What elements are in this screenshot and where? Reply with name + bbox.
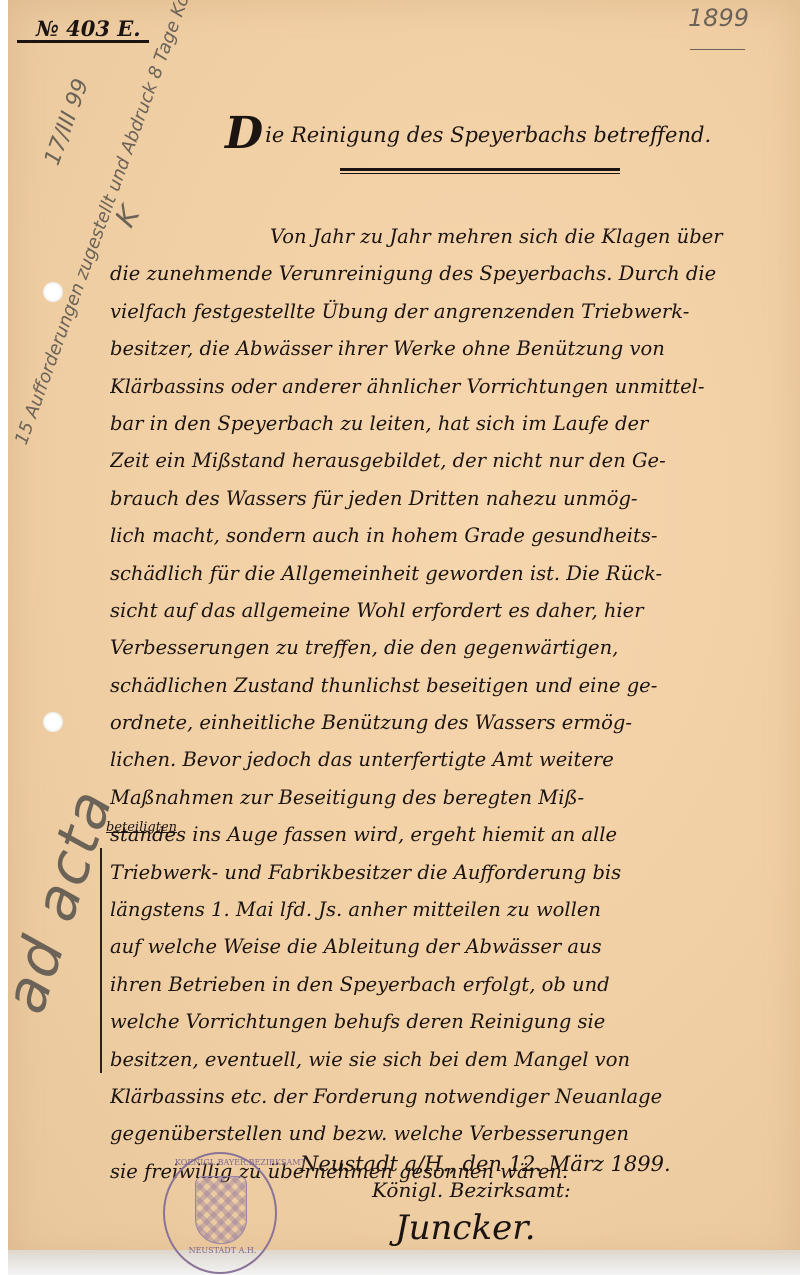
- subject-underline: [340, 168, 620, 171]
- body-line: Klärbassins etc. der Forderung notwendig…: [110, 1078, 800, 1115]
- punch-hole-bottom: [43, 712, 63, 732]
- subject-heading: Die Reinigung des Speyerbachs betreffend…: [225, 108, 711, 159]
- closing-office: Königl. Bezirksamt:: [372, 1178, 571, 1202]
- body-line: sicht auf das allgemeine Wohl erfordert …: [110, 592, 800, 629]
- body-line: standes ins Auge fassen wird, ergeht hie…: [110, 816, 800, 853]
- body-line: brauch des Wassers für jeden Dritten nah…: [110, 480, 800, 517]
- subject-initial: D: [225, 108, 263, 159]
- signature: Juncker.: [395, 1208, 536, 1248]
- body-line: Von Jahr zu Jahr mehren sich die Klagen …: [110, 218, 800, 255]
- subject-underline-thin: [340, 173, 620, 174]
- year-underline: [690, 49, 745, 50]
- body-line: auf welche Weise die Ableitung der Abwäs…: [110, 928, 800, 965]
- document-number: № 403 E.: [36, 16, 141, 41]
- body-line: Klärbassins oder anderer ähnlicher Vorri…: [110, 368, 800, 405]
- subject-text: ie Reinigung des Speyerbachs betreffend.: [265, 123, 711, 147]
- body-line: Triebwerk- und Fabrikbesitzer die Auffor…: [110, 854, 800, 891]
- body-line: schädlichen Zustand thunlichst beseitige…: [110, 667, 800, 704]
- body-line: Maßnahmen zur Beseitigung des beregten M…: [110, 779, 800, 816]
- body-line: ordnete, einheitliche Benützung des Wass…: [110, 704, 800, 741]
- body-line: welche Vorrichtungen behufs deren Reinig…: [110, 1003, 800, 1040]
- body-line: bar in den Speyerbach zu leiten, hat sic…: [110, 405, 800, 442]
- body-line: besitzen, eventuell, wie sie sich bei de…: [110, 1041, 800, 1078]
- coat-of-arms-icon: [195, 1176, 247, 1244]
- stamp-top-text: KOENIGL.BAYER.BEZIRKSAMT: [175, 1158, 270, 1167]
- body-line: die zunehmende Verunreinigung des Speyer…: [110, 255, 800, 292]
- body-line: schädlich für die Allgemeinheit geworden…: [110, 555, 800, 592]
- body-line: besitzer, die Abwässer ihrer Werke ohne …: [110, 330, 800, 367]
- document-number-underline: [17, 40, 149, 43]
- body-line: lichen. Bevor jedoch das unterfertigte A…: [110, 741, 800, 778]
- stamp-bottom-text: NEUSTADT A.H.: [175, 1246, 270, 1255]
- page-edge: [8, 1250, 800, 1275]
- document-body: Von Jahr zu Jahr mehren sich die Klagen …: [110, 218, 800, 1190]
- margin-bracket-line: [100, 848, 102, 1073]
- body-line: Zeit ein Mißstand herausgebildet, der ni…: [110, 442, 800, 479]
- official-seal-stamp: KOENIGL.BAYER.BEZIRKSAMT NEUSTADT A.H.: [163, 1152, 277, 1274]
- body-line: Verbesserungen zu treffen, die den gegen…: [110, 629, 800, 666]
- body-line: ihren Betrieben in den Speyerbach erfolg…: [110, 966, 800, 1003]
- year-annotation: 1899: [688, 4, 749, 32]
- body-line: lich macht, sondern auch in hohem Grade …: [110, 517, 800, 554]
- body-line: gegenüberstellen und bezw. welche Verbes…: [110, 1115, 800, 1152]
- body-line: vielfach festgestellte Übung der angrenz…: [110, 293, 800, 330]
- body-line: längstens 1. Mai lfd. Js. anher mitteile…: [110, 891, 800, 928]
- closing-place-date: Neustadt a/H., den 12. März 1899.: [300, 1152, 671, 1176]
